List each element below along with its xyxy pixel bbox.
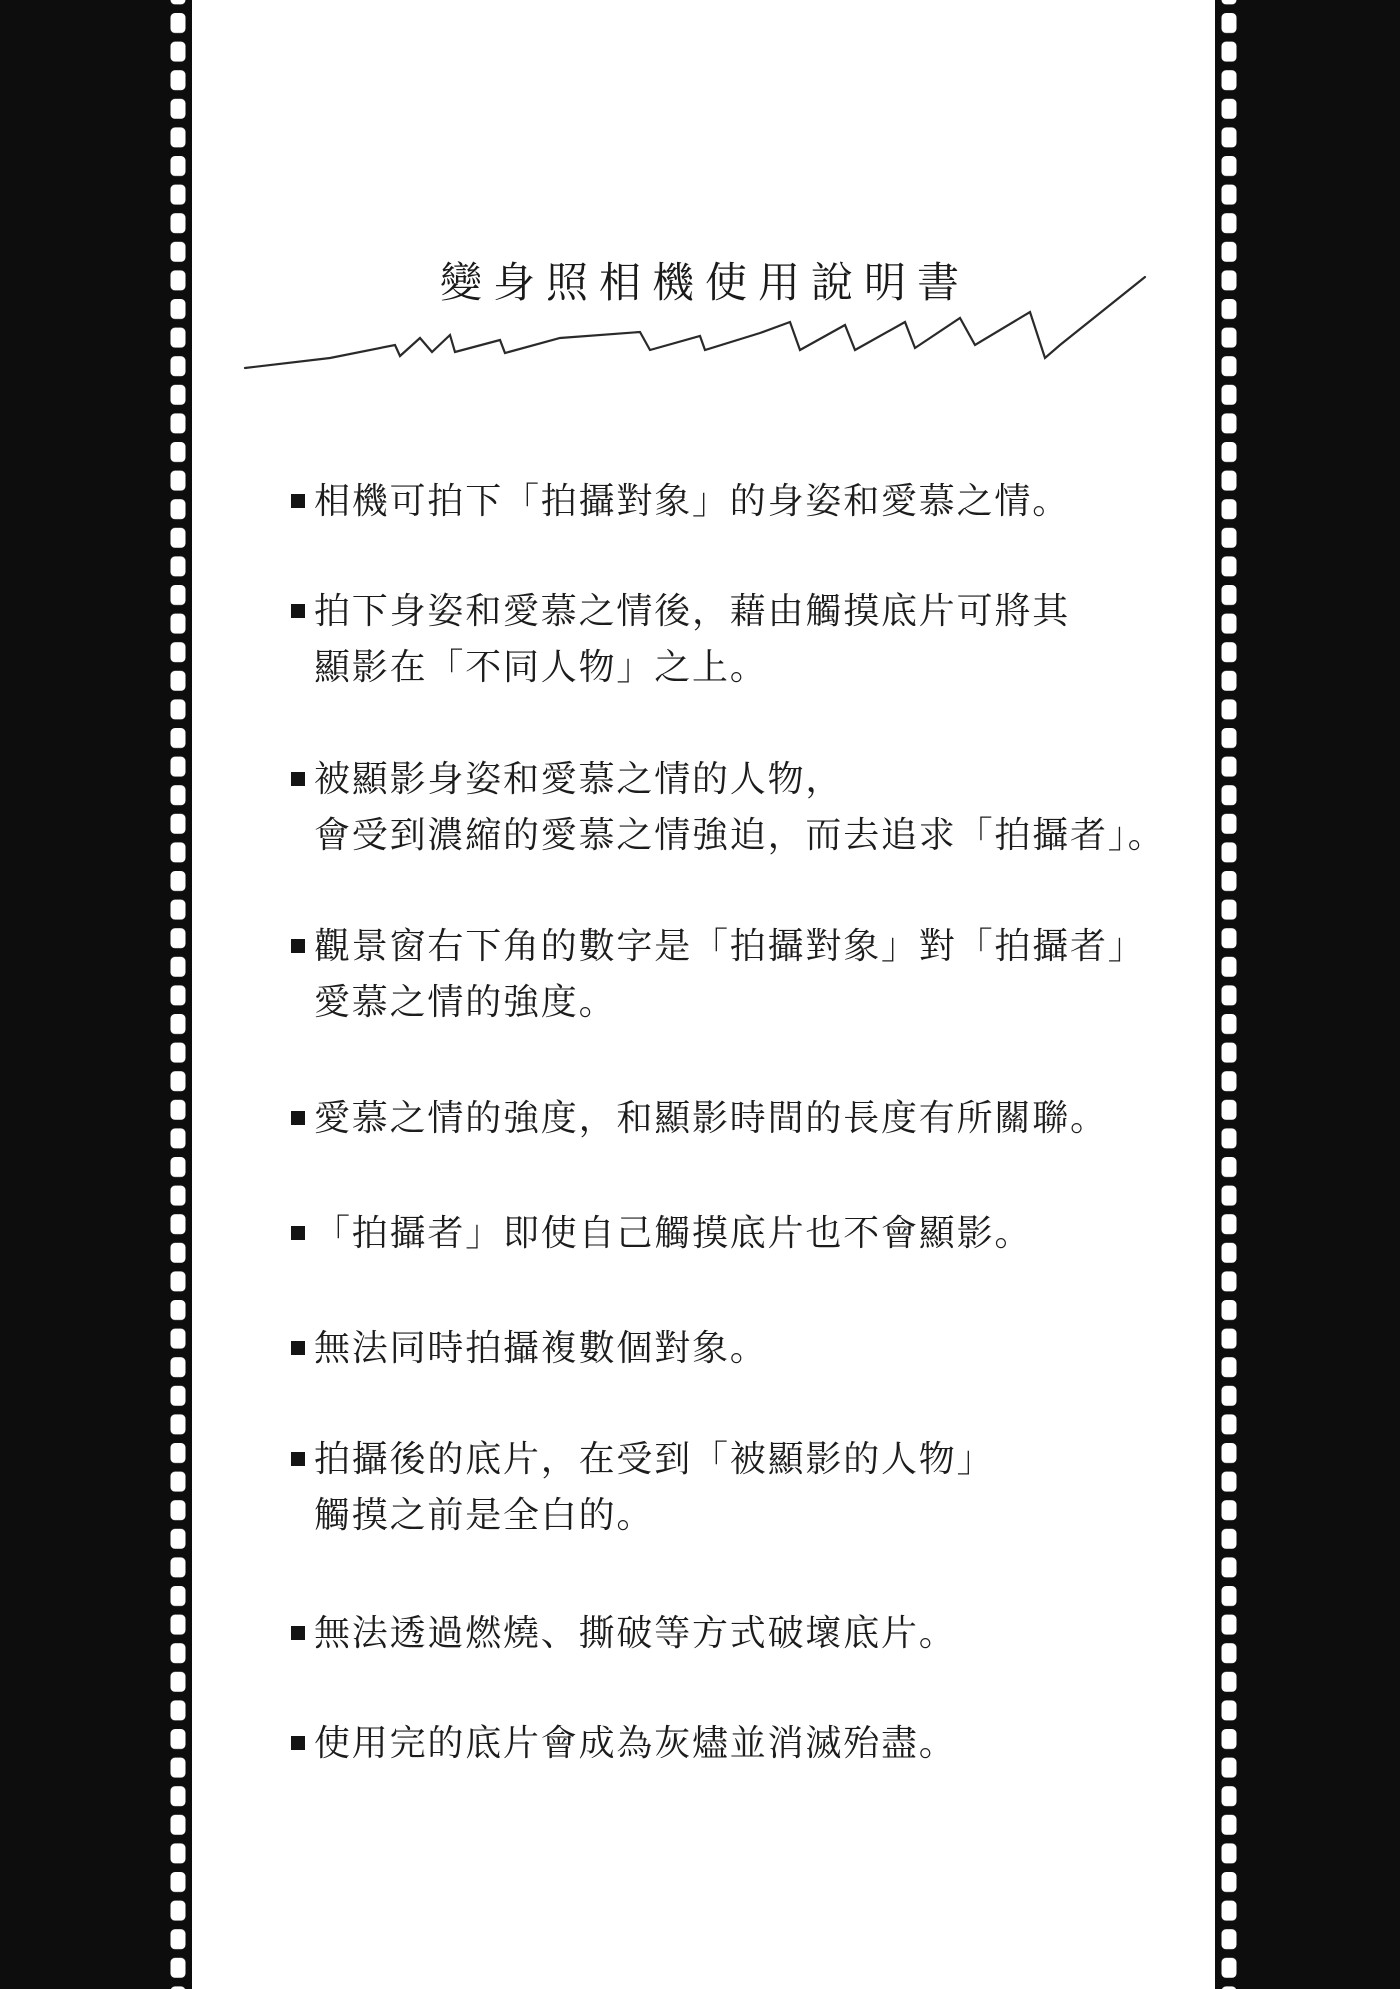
instruction-item: 拍攝後的底片，在受到「被顯影的人物」 觸摸之前是全白的。 <box>291 1431 994 1543</box>
bullet-square-icon <box>291 1452 305 1466</box>
bullet-square-icon <box>291 772 305 786</box>
instruction-line: 觸摸之前是全白的。 <box>314 1487 994 1543</box>
instruction-line: 無法同時拍攝複數個對象。 <box>314 1320 768 1376</box>
instruction-line: 使用完的底片會成為灰燼並消滅殆盡。 <box>314 1715 957 1771</box>
instruction-line: 愛慕之情的強度，和顯影時間的長度有所關聯。 <box>314 1090 1108 1146</box>
bullet-square-icon <box>291 1111 305 1125</box>
instruction-item: 無法同時拍攝複數個對象。 <box>291 1320 768 1376</box>
film-strip-left <box>0 0 192 1989</box>
film-sprocket-holes-left <box>170 0 186 1989</box>
page-title: 變身照相機使用說明書 <box>440 263 970 305</box>
bullet-square-icon <box>291 1626 305 1640</box>
bullet-square-icon <box>291 1226 305 1240</box>
bullet-square-icon <box>291 939 305 953</box>
instruction-item: 「拍攝者」即使自己觸摸底片也不會顯影。 <box>291 1205 1032 1261</box>
instruction-item: 觀景窗右下角的數字是「拍攝對象」對「拍攝者」 愛慕之情的強度。 <box>291 918 1146 1030</box>
film-strip-right <box>1215 0 1400 1989</box>
instruction-line: 拍下身姿和愛慕之情後，藉由觸摸底片可將其 <box>314 583 1070 639</box>
instruction-line: 被顯影身姿和愛慕之情的人物， <box>314 751 1165 807</box>
instruction-line: 愛慕之情的強度。 <box>314 974 1146 1030</box>
bullet-square-icon <box>291 494 305 508</box>
bullet-square-icon <box>291 1736 305 1750</box>
instruction-line: 會受到濃縮的愛慕之情強迫，而去追求「拍攝者」。 <box>314 807 1165 863</box>
instruction-line: 觀景窗右下角的數字是「拍攝對象」對「拍攝者」 <box>314 918 1146 974</box>
bullet-square-icon <box>291 1341 305 1355</box>
instruction-line: 「拍攝者」即使自己觸摸底片也不會顯影。 <box>314 1205 1032 1261</box>
instruction-line: 顯影在「不同人物」之上。 <box>314 639 1070 695</box>
instruction-item: 相機可拍下「拍攝對象」的身姿和愛慕之情。 <box>291 473 1070 529</box>
instruction-item: 愛慕之情的強度，和顯影時間的長度有所關聯。 <box>291 1090 1108 1146</box>
film-sprocket-holes-right <box>1221 0 1237 1989</box>
instruction-item: 被顯影身姿和愛慕之情的人物， 會受到濃縮的愛慕之情強迫，而去追求「拍攝者」。 <box>291 751 1165 863</box>
instruction-line: 無法透過燃燒、撕破等方式破壞底片。 <box>314 1605 957 1661</box>
instruction-line: 拍攝後的底片，在受到「被顯影的人物」 <box>314 1431 994 1487</box>
instruction-item: 無法透過燃燒、撕破等方式破壞底片。 <box>291 1605 957 1661</box>
instruction-item: 使用完的底片會成為灰燼並消滅殆盡。 <box>291 1715 957 1771</box>
instruction-item: 拍下身姿和愛慕之情後，藉由觸摸底片可將其 顯影在「不同人物」之上。 <box>291 583 1070 695</box>
bullet-square-icon <box>291 604 305 618</box>
manga-instruction-page: 變身照相機使用說明書 相機可拍下「拍攝對象」的身姿和愛慕之情。 拍下身姿和愛慕之… <box>0 0 1400 1989</box>
instruction-line: 相機可拍下「拍攝對象」的身姿和愛慕之情。 <box>314 473 1070 529</box>
